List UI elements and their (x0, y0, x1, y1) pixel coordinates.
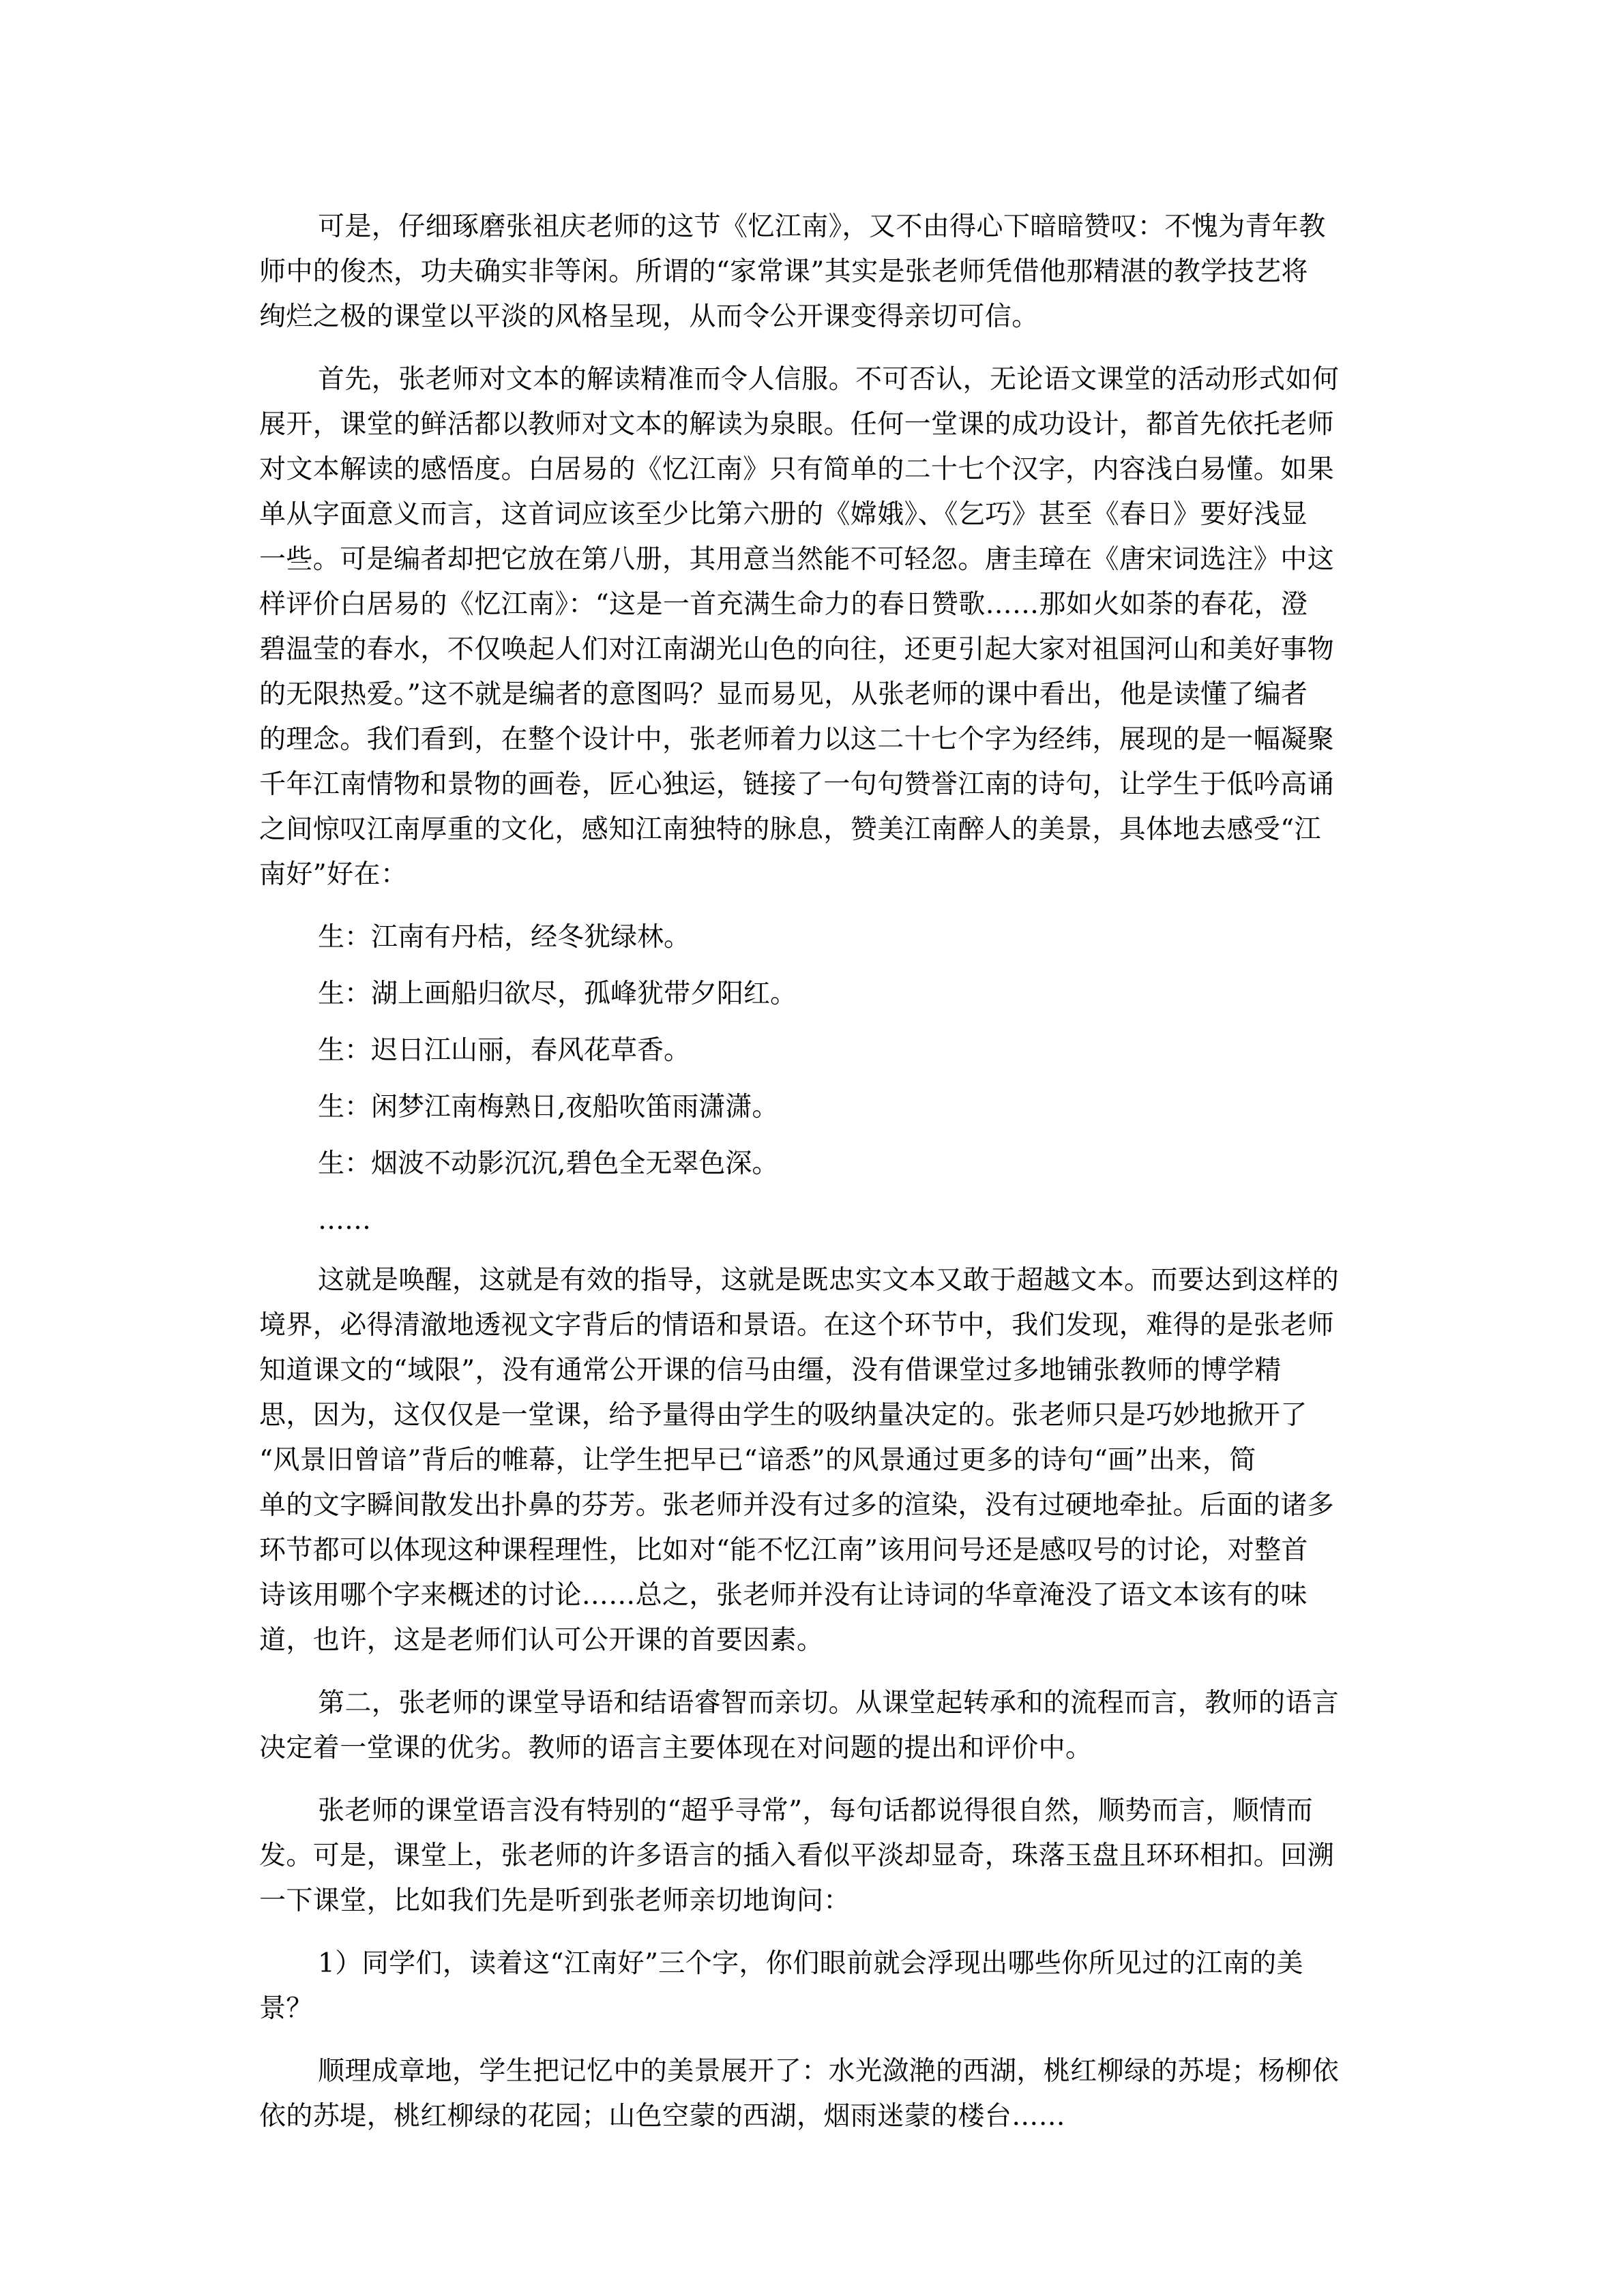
paragraph-teacher-language: 张老师的课堂语言没有特别的“超乎寻常”，每句话都说得很自然，顺势而言，顺情而 发… (259, 1789, 1364, 1924)
ellipsis: …… (259, 1198, 1364, 1243)
paragraph-awakening: 这就是唤醒，这就是有效的指导，这就是既忠实文本又敢于超越文本。而要达到这样的 境… (259, 1258, 1364, 1663)
text-line: 思，因为，这仅仅是一堂课，给予量得由学生的吸纳量决定的。张老师只是巧妙地掀开了 (259, 1393, 1364, 1438)
text-line: 师中的俊杰，功夫确实非等闲。所谓的“家常课”其实是张老师凭借他那精湛的教学技艺将 (259, 250, 1364, 295)
text-line: 知道课文的“域限”，没有通常公开课的信马由缰，没有借课堂过多地铺张教师的博学精 (259, 1348, 1364, 1393)
text-line: 环节都可以体现这种课程理性，比如对“能不忆江南”该用问号还是感叹号的讨论，对整首 (259, 1528, 1364, 1573)
text-line: 单的文字瞬间散发出扑鼻的芬芳。张老师并没有过多的渲染，没有过硬地牵扯。后面的诸多 (259, 1483, 1364, 1528)
text-line: 张老师的课堂语言没有特别的“超乎寻常”，每句话都说得很自然，顺势而言，顺情而 (259, 1789, 1364, 1834)
text-line: 顺理成章地，学生把记忆中的美景展开了：水光潋滟的西湖，桃红柳绿的苏堤；杨柳依 (259, 2049, 1364, 2094)
text-line: 样评价白居易的《忆江南》：“这是一首充满生命力的春日赞歌……那如火如荼的春花，澄 (259, 582, 1364, 627)
text-line: 一下课堂，比如我们先是听到张老师亲切地询问： (259, 1879, 1364, 1924)
text-line: 道，也许，这是老师们认可公开课的首要因素。 (259, 1618, 1364, 1663)
text-line: 千年江南情物和景物的画卷，匠心独运，链接了一句句赞誉江南的诗句，让学生于低吟高诵 (259, 762, 1364, 807)
paragraph-first-point: 首先，张老师对文本的解读精准而令人信服。不可否认，无论语文课堂的活动形式如何 展… (259, 357, 1364, 897)
text-line: 景？ (259, 1986, 1364, 2031)
text-line: 1）同学们，读着这“江南好”三个字，你们眼前就会浮现出哪些你所见过的江南的美 (259, 1941, 1364, 1986)
text-line: 的无限热爱。”这不就是编者的意图吗？显而易见，从张老师的课中看出，他是读懂了编者 (259, 672, 1364, 717)
student-quote: 生：江南有丹桔，经冬犹绿林。 (259, 915, 1364, 960)
text-line: 发。可是，课堂上，张老师的许多语言的插入看似平淡却显奇，珠落玉盘且环环相扣。回溯 (259, 1834, 1364, 1879)
text-line: 这就是唤醒，这就是有效的指导，这就是既忠实文本又敢于超越文本。而要达到这样的 (259, 1258, 1364, 1303)
text-line: 绚烂之极的课堂以平淡的风格呈现，从而令公开课变得亲切可信。 (259, 295, 1364, 340)
text-line: 南好”好在： (259, 852, 1364, 897)
text-line: 可是，仔细琢磨张祖庆老师的这节《忆江南》，又不由得心下暗暗赞叹：不愧为青年教 (259, 205, 1364, 250)
paragraph-second-point: 第二，张老师的课堂导语和结语睿智而亲切。从课堂起转承和的流程而言，教师的语言 决… (259, 1681, 1364, 1771)
student-quote: 生：迟日江山丽，春风花草香。 (259, 1028, 1364, 1073)
text-line: 诗该用哪个字来概述的讨论……总之，张老师并没有让诗词的华章淹没了语文本该有的味 (259, 1573, 1364, 1618)
text-line: 之间惊叹江南厚重的文化，感知江南独特的脉息，赞美江南醉人的美景，具体地去感受“江 (259, 807, 1364, 852)
student-quote: 生：湖上画船归欲尽，孤峰犹带夕阳红。 (259, 972, 1364, 1017)
paragraph-student-response: 顺理成章地，学生把记忆中的美景展开了：水光潋滟的西湖，桃红柳绿的苏堤；杨柳依 依… (259, 2049, 1364, 2139)
text-line: 展开，课堂的鲜活都以教师对文本的解读为泉眼。任何一堂课的成功设计，都首先依托老师 (259, 402, 1364, 447)
text-line: 依的苏堤，桃红柳绿的花园；山色空蒙的西湖，烟雨迷蒙的楼台…… (259, 2094, 1364, 2139)
student-quote: 生：烟波不动影沉沉,碧色全无翠色深。 (259, 1142, 1364, 1187)
student-quote: 生：闲梦江南梅熟日,夜船吹笛雨潇潇。 (259, 1085, 1364, 1130)
student-quotes: 生：江南有丹桔，经冬犹绿林。 生：湖上画船归欲尽，孤峰犹带夕阳红。 生：迟日江山… (259, 915, 1364, 1243)
text-line: 碧温莹的春水，不仅唤起人们对江南湖光山色的向往，还更引起大家对祖国河山和美好事物 (259, 627, 1364, 672)
text-line: 决定着一堂课的优劣。教师的语言主要体现在对问题的提出和评价中。 (259, 1726, 1364, 1771)
text-line: “风景旧曾谙”背后的帷幕，让学生把早已“谙悉”的风景通过更多的诗句“画”出来，简 (259, 1438, 1364, 1483)
text-line: 首先，张老师对文本的解读精准而令人信服。不可否认，无论语文课堂的活动形式如何 (259, 357, 1364, 402)
paragraph-question-1: 1）同学们，读着这“江南好”三个字，你们眼前就会浮现出哪些你所见过的江南的美 景… (259, 1941, 1364, 2031)
text-line: 对文本解读的感悟度。白居易的《忆江南》只有简单的二十七个汉字，内容浅白易懂。如果 (259, 447, 1364, 492)
paragraph-intro: 可是，仔细琢磨张祖庆老师的这节《忆江南》，又不由得心下暗暗赞叹：不愧为青年教 师… (259, 205, 1364, 340)
text-line: 的理念。我们看到，在整个设计中，张老师着力以这二十七个字为经纬，展现的是一幅凝聚 (259, 717, 1364, 762)
text-line: 第二，张老师的课堂导语和结语睿智而亲切。从课堂起转承和的流程而言，教师的语言 (259, 1681, 1364, 1726)
text-line: 境界，必得清澈地透视文字背后的情语和景语。在这个环节中，我们发现，难得的是张老师 (259, 1303, 1364, 1348)
text-line: 一些。可是编者却把它放在第八册，其用意当然能不可轻忽。唐圭璋在《唐宋词选注》中这 (259, 537, 1364, 582)
document-page: 可是，仔细琢磨张祖庆老师的这节《忆江南》，又不由得心下暗暗赞叹：不愧为青年教 师… (259, 205, 1364, 2157)
text-line: 单从字面意义而言，这首词应该至少比第六册的《嫦娥》、《乞巧》甚至《春日》要好浅显 (259, 492, 1364, 537)
